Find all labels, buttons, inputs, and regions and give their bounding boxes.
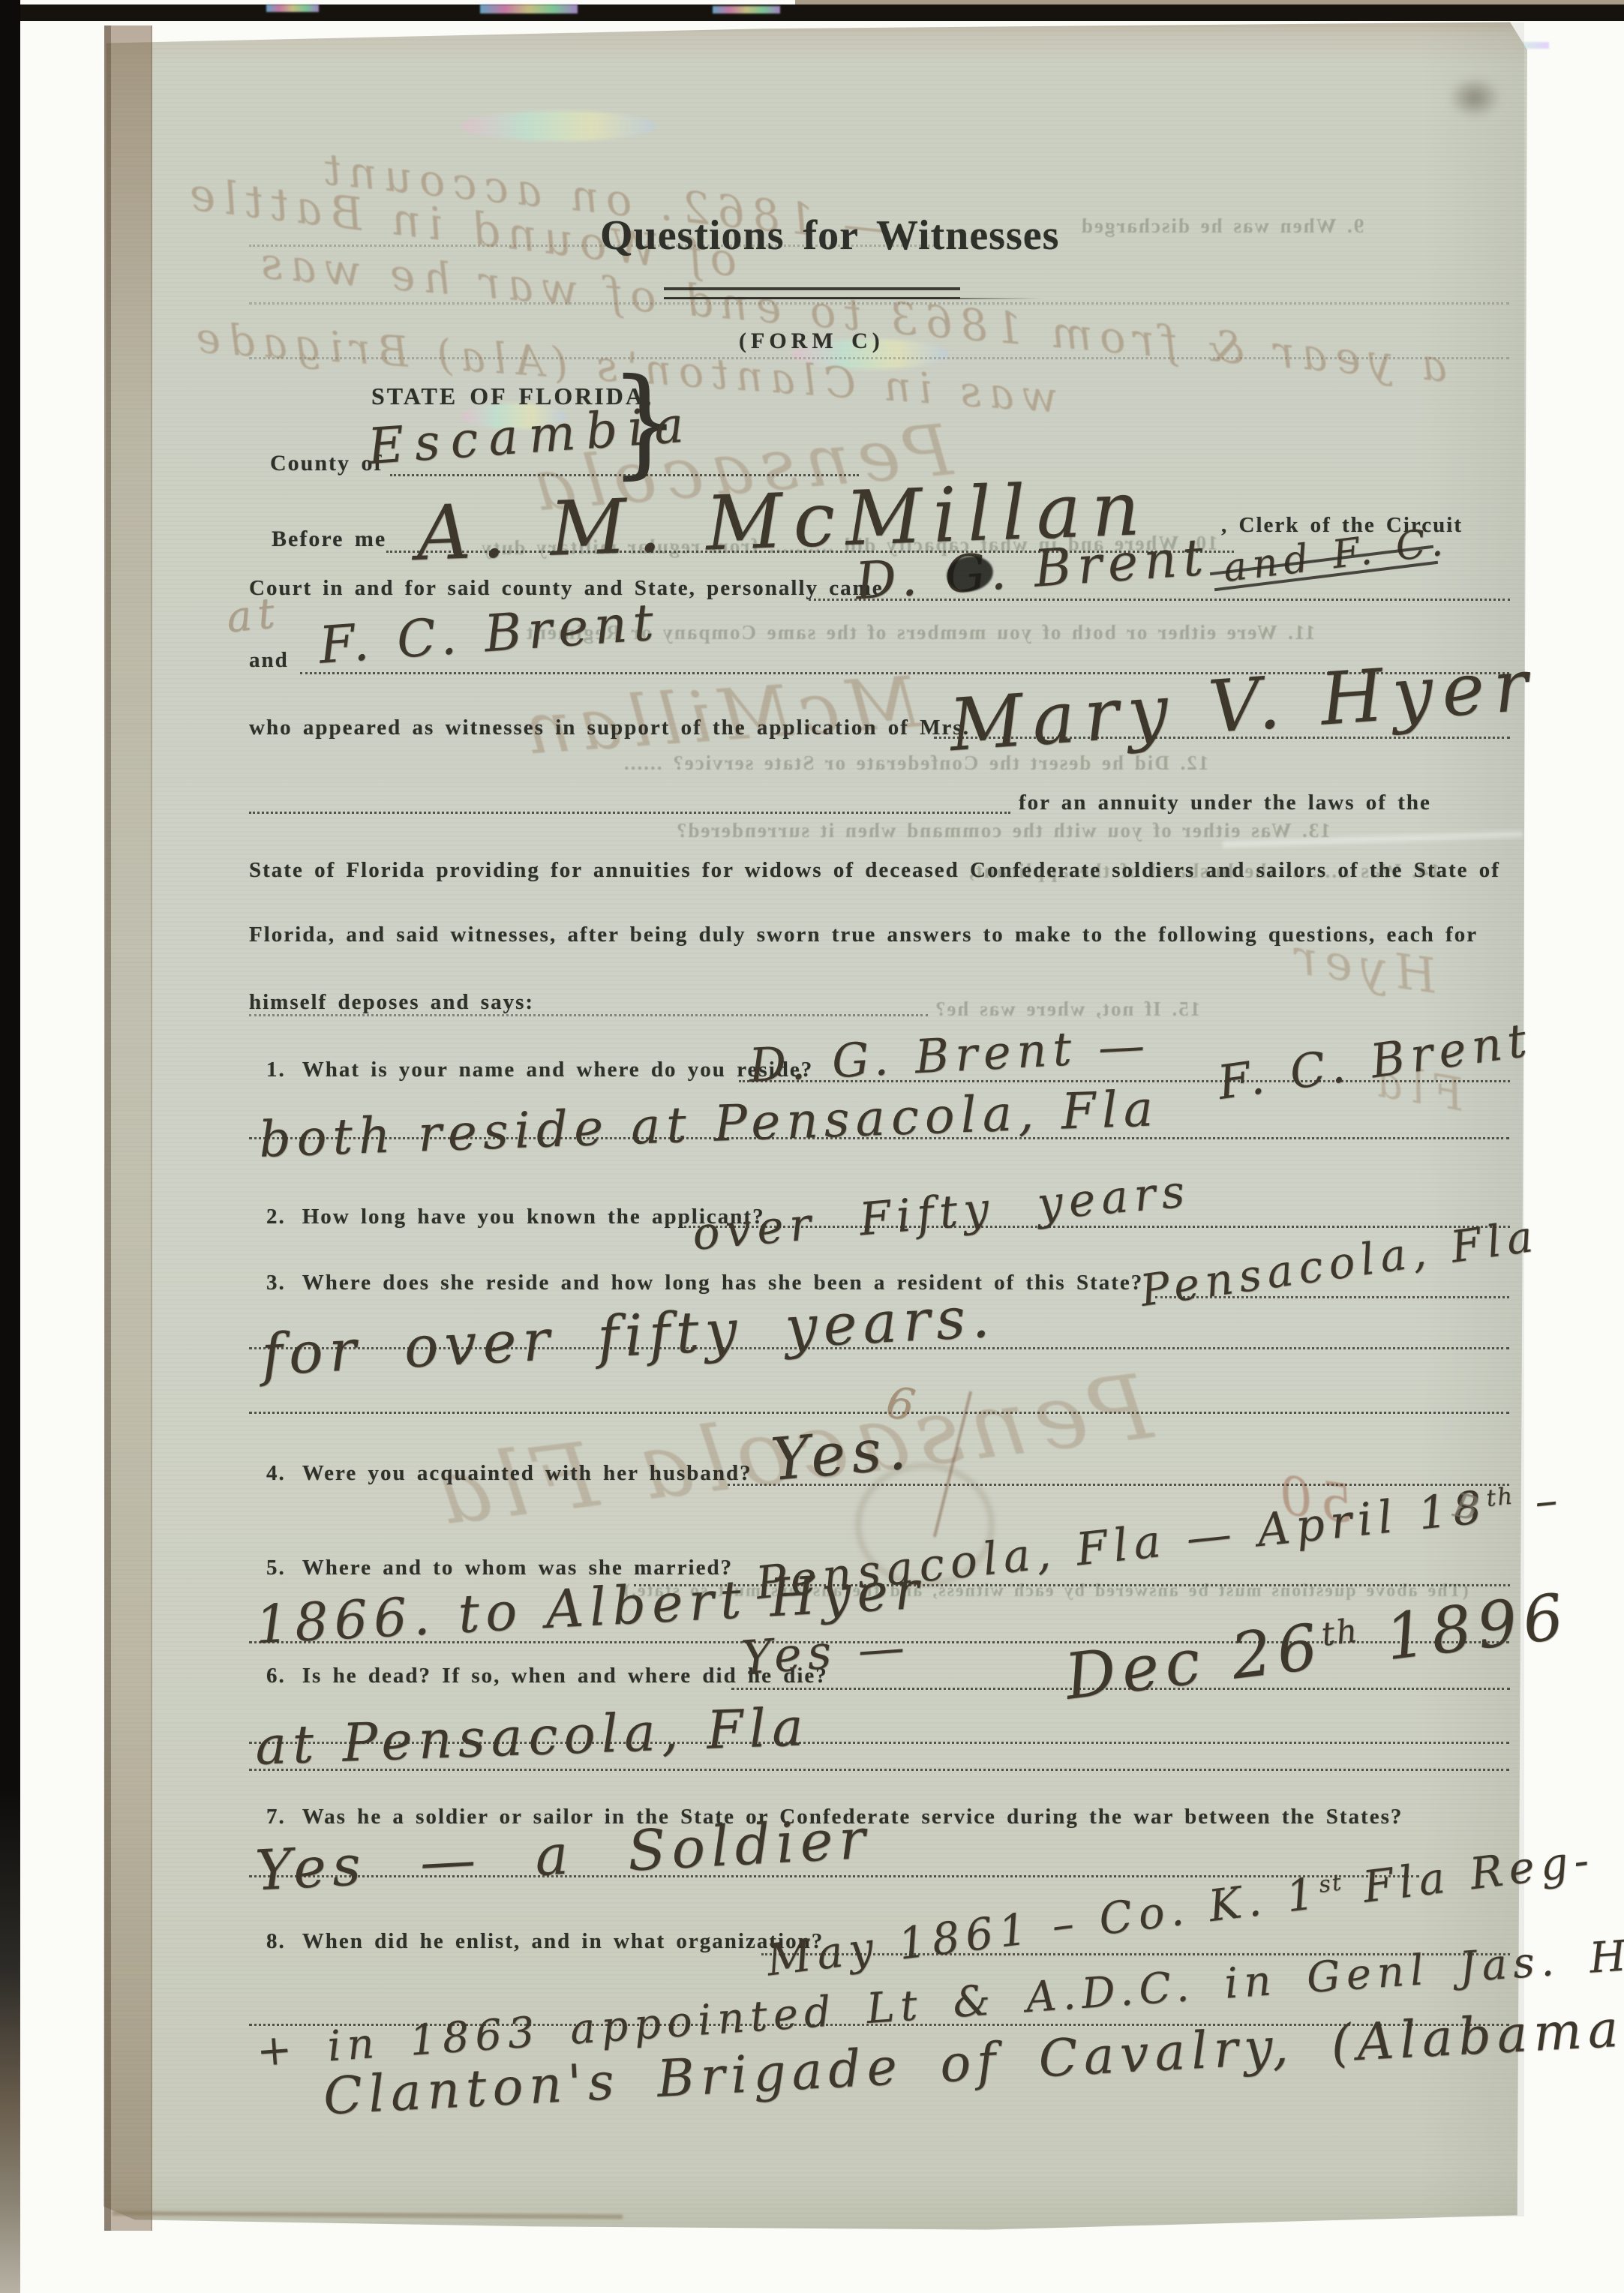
form-title: Questions for Witnesses <box>600 212 1059 260</box>
answer6-superscript: th <box>1319 1611 1361 1654</box>
question-8-number: 8. <box>266 1929 286 1953</box>
question-3-text: Where does she reside and how long has s… <box>302 1271 1144 1295</box>
scan-noise-artifact <box>713 6 780 14</box>
question-4-text: Were you acquainted with her husband? <box>302 1461 752 1485</box>
paper-edge-tape-shadow <box>104 26 111 2231</box>
question-1-number: 1. <box>266 1058 286 1082</box>
scanner-left-black-strip <box>0 0 20 2293</box>
paragraph-1: State of Florida providing for annuities… <box>249 858 1500 883</box>
question-4: 4.Were you acquainted with her husband? <box>266 1461 752 1486</box>
question-2-number: 2. <box>266 1205 286 1229</box>
annuity-dotted-line <box>249 812 1010 814</box>
annuity-line: for an annuity under the laws of the <box>1019 791 1431 815</box>
before-me-label: Before me <box>272 527 386 552</box>
form-label: (FORM C) <box>739 329 884 354</box>
bleedthrough-q15: 15. If not, where was he? <box>934 998 1200 1021</box>
question-4-number: 4. <box>266 1461 286 1485</box>
answer8-superscript: st <box>1317 1869 1344 1898</box>
question-3: 3.Where does she reside and how long has… <box>266 1271 1143 1295</box>
question-5-number: 5. <box>266 1556 286 1580</box>
empty-dotted-line <box>249 1412 1509 1414</box>
scanner-top-black-strip <box>18 5 1624 21</box>
question-6-number: 6. <box>266 1664 286 1688</box>
scan-noise-artifact <box>266 5 319 12</box>
answer4-value: Yes. <box>768 1415 914 1494</box>
paragraph-2: Florida, and said witnesses, after being… <box>249 923 1478 947</box>
title-rule-tail <box>664 298 1043 299</box>
deposes-dotted-line <box>249 1014 928 1016</box>
bleedthrough-q13: 13. Was either of you with the command w… <box>675 819 1331 842</box>
answer5-tail: – <box>1532 1473 1565 1529</box>
bleedthrough-q9: 9. When was he discharged <box>1080 215 1364 238</box>
question-1-text: What is your name and where do you resid… <box>302 1058 814 1082</box>
scan-sheen <box>461 111 656 141</box>
county-dotted-line <box>390 474 859 476</box>
question-3-number: 3. <box>266 1271 286 1295</box>
question-7-number: 7. <box>266 1805 286 1829</box>
question-1: 1.What is your name and where do you res… <box>266 1058 813 1082</box>
scanned-document: { "document": { "title": "Questions for … <box>0 0 1624 2293</box>
question-8-text: When did he enlist, and in what organiza… <box>302 1929 824 1953</box>
question-8: 8.When did he enlist, and in what organi… <box>266 1929 824 1954</box>
witness-line: who appeared as witnesses in support of … <box>249 716 970 740</box>
and-label: and <box>249 648 289 673</box>
faint-at-mark: at <box>224 588 283 642</box>
paper-edge-tape <box>104 26 152 2231</box>
court-line: Court in and for said county and State, … <box>249 576 884 601</box>
scan-noise-artifact <box>480 5 578 14</box>
paragraph-3: himself deposes and says: <box>249 990 534 1015</box>
smudge-mark <box>1448 77 1502 119</box>
answer5-superscript: th <box>1485 1482 1515 1512</box>
county-label: County of <box>270 451 383 476</box>
